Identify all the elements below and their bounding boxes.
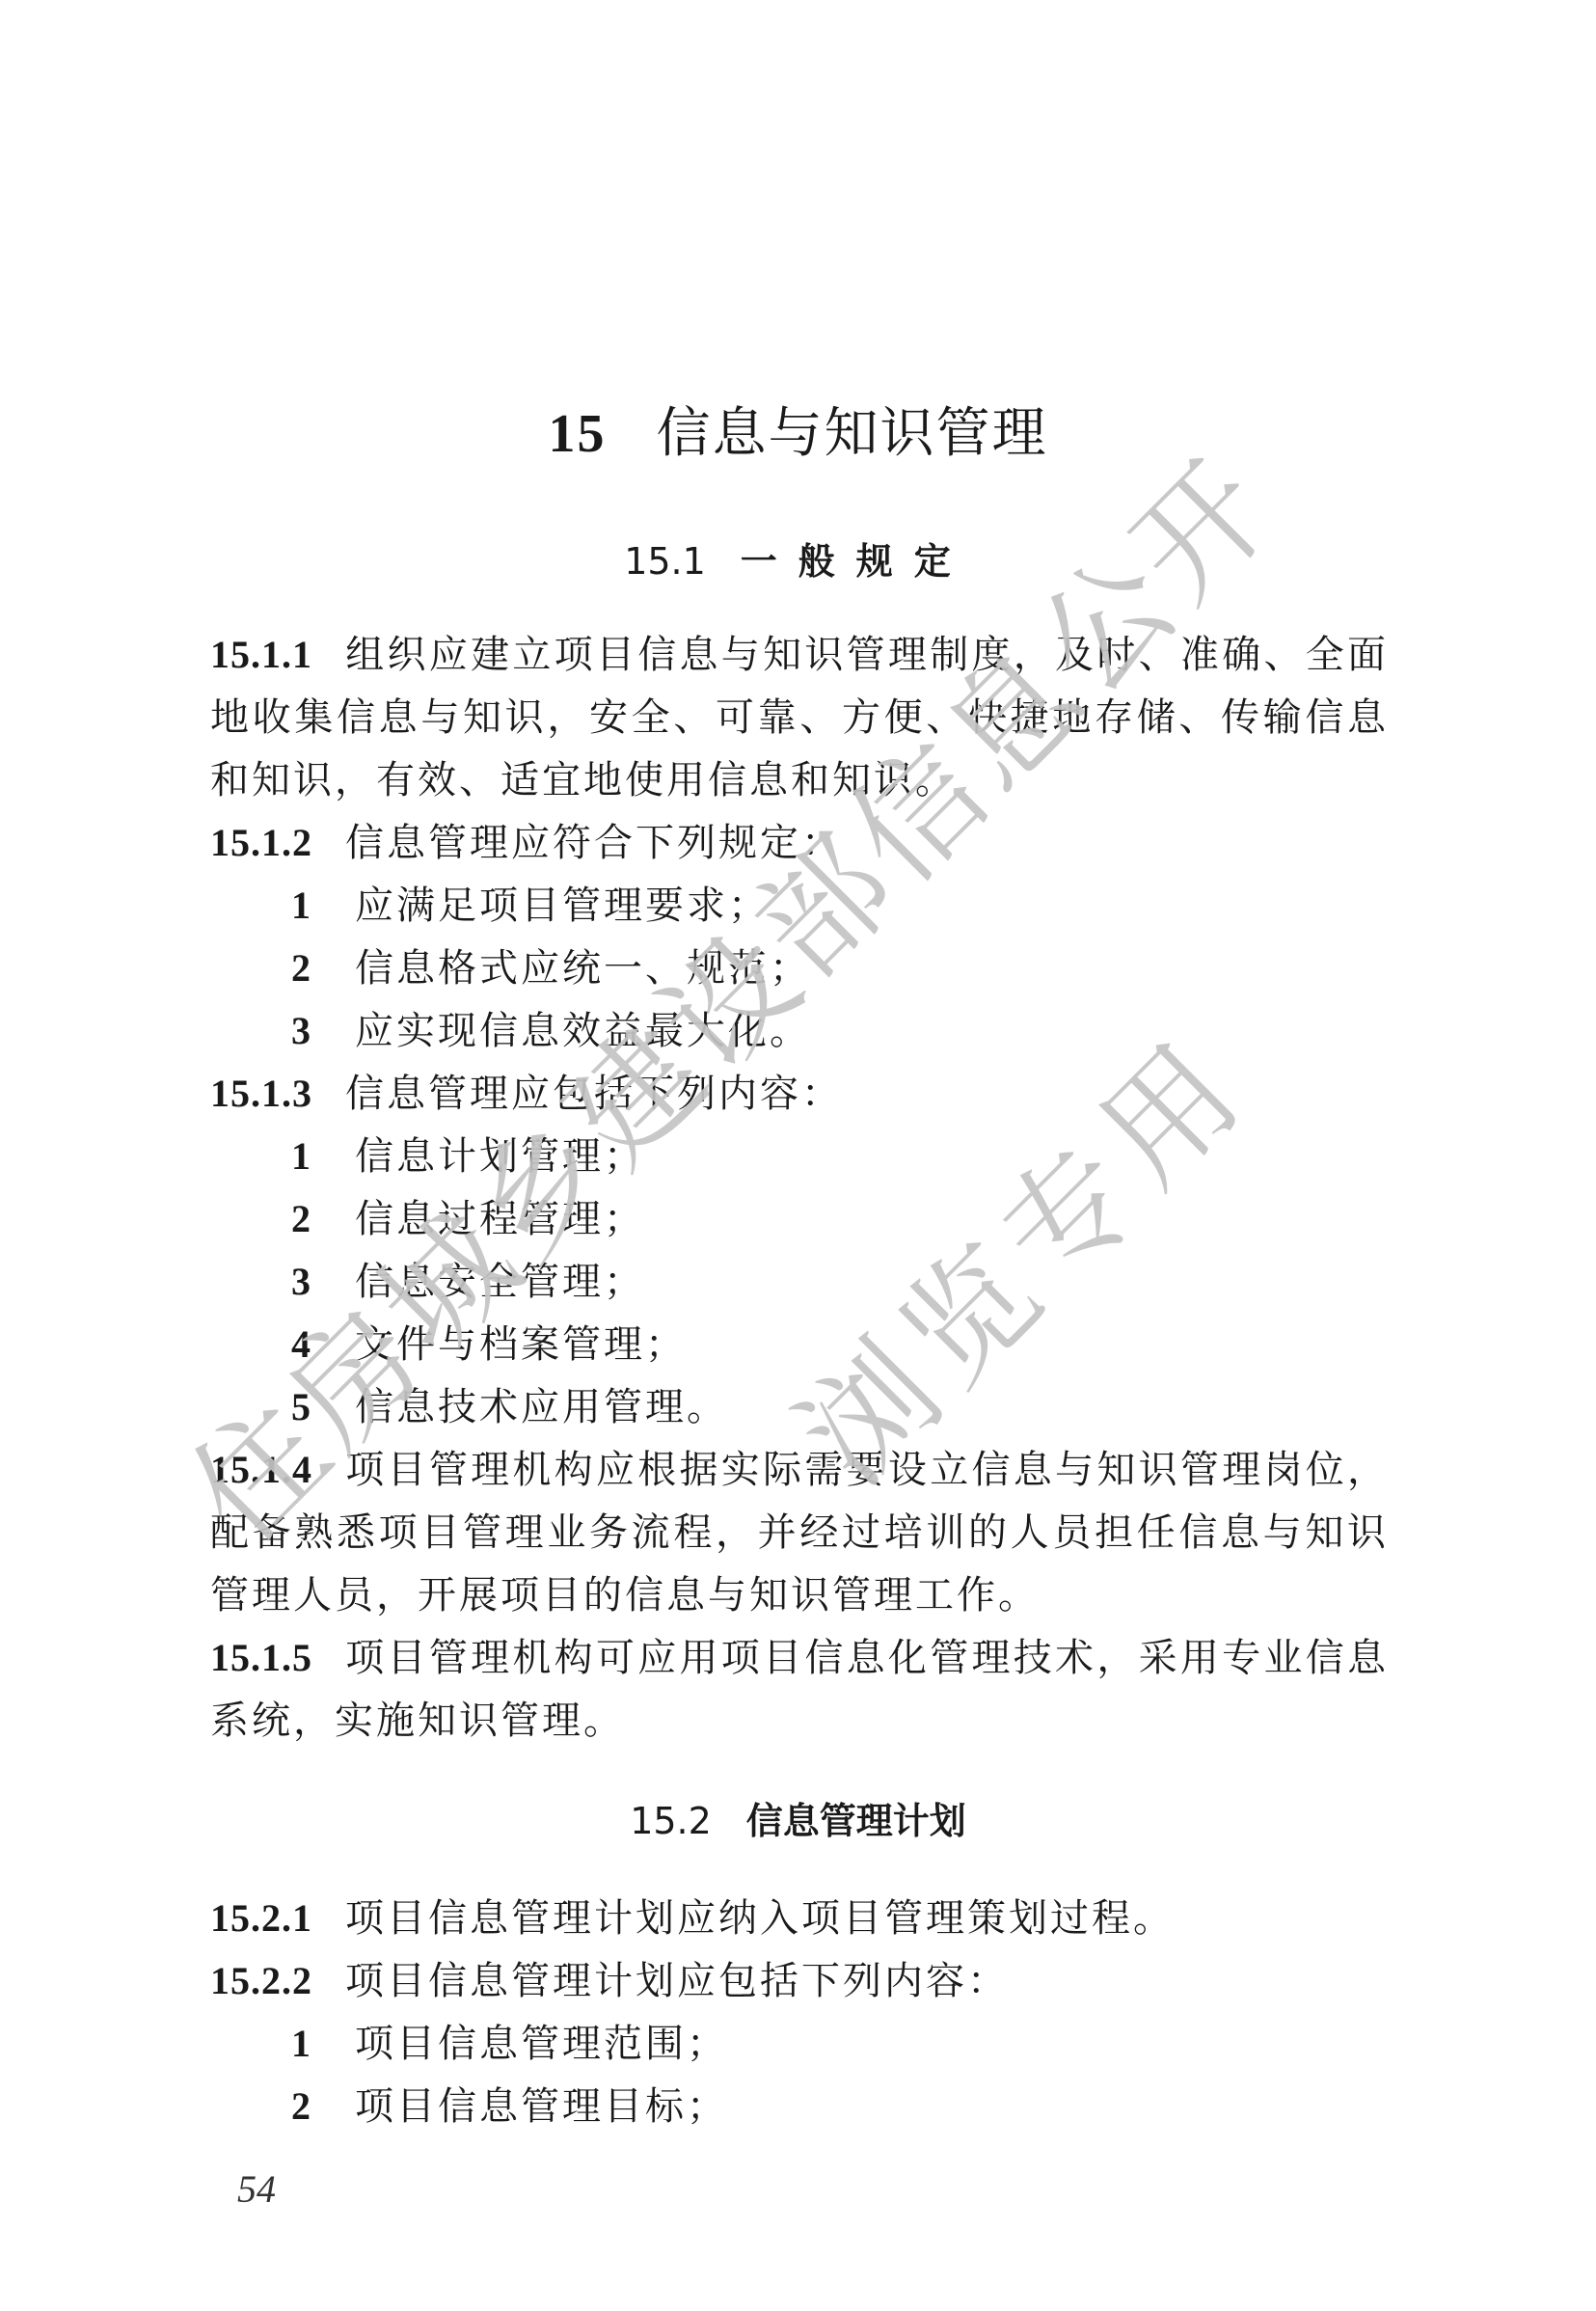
item-text: 信息技术应用管理。 <box>355 1385 728 1429</box>
item-number: 2 <box>291 1187 355 1250</box>
clause-number: 15.1.5 <box>210 1636 312 1679</box>
item-text: 项目信息管理范围； <box>355 2022 728 2066</box>
item-number: 3 <box>291 1250 355 1313</box>
clause-text: 项目管理机构应根据实际需要设立信息与知识管理岗位，配备熟悉项目管理业务流程，并经… <box>210 1448 1389 1618</box>
section-title-text: 一般规定 <box>741 540 972 583</box>
clause-number: 15.2.2 <box>210 1959 312 2002</box>
item-number: 2 <box>291 937 355 999</box>
section-title-15-1: 15.1一般规定 <box>0 532 1596 590</box>
item-number: 1 <box>291 874 355 937</box>
section-number: 15.2 <box>630 1800 712 1842</box>
section-title-text: 信息管理计划 <box>746 1800 966 1842</box>
clause-text: 项目信息管理计划应包括下列内容： <box>345 1959 1009 2003</box>
item-number: 5 <box>291 1375 355 1438</box>
list-item: 1应满足项目管理要求； <box>291 874 770 938</box>
section-title-15-2: 15.2信息管理计划 <box>0 1792 1596 1850</box>
clause-number: 15.1.3 <box>210 1072 312 1115</box>
item-number: 2 <box>291 2075 355 2137</box>
item-number: 3 <box>291 999 355 1062</box>
list-item: 2项目信息管理目标； <box>291 2075 728 2138</box>
list-item: 2信息过程管理； <box>291 1187 645 1251</box>
chapter-number: 15 <box>549 404 607 464</box>
list-item: 4文件与档案管理； <box>291 1313 687 1376</box>
clause-number: 15.1.1 <box>210 633 312 676</box>
item-number: 1 <box>291 1125 355 1187</box>
item-number: 4 <box>291 1313 355 1375</box>
page-number: 54 <box>237 2166 276 2212</box>
document-page: 15信息与知识管理 15.1一般规定 15.1.1组织应建立项目信息与知识管理制… <box>0 0 1596 2311</box>
item-text: 信息计划管理； <box>355 1134 645 1179</box>
clause-number: 15.1.2 <box>210 821 312 864</box>
clause-text: 信息管理应包括下列内容： <box>345 1072 843 1116</box>
list-item: 3应实现信息效益最大化。 <box>291 999 811 1063</box>
item-text: 应实现信息效益最大化。 <box>355 1009 811 1053</box>
clause-text: 项目管理机构可应用项目信息化管理技术，采用专业信息系统，实施知识管理。 <box>210 1636 1389 1743</box>
clause-text: 信息管理应符合下列规定： <box>345 821 843 865</box>
clause-number: 15.2.1 <box>210 1896 312 1940</box>
item-text: 项目信息管理目标； <box>355 2084 728 2129</box>
item-text: 文件与档案管理； <box>355 1322 687 1367</box>
item-text: 信息格式应统一、规范； <box>355 946 811 991</box>
clause-15-1-1: 15.1.1组织应建立项目信息与知识管理制度，及时、准确、全面地收集信息与知识，… <box>210 623 1389 812</box>
section-number: 15.1 <box>624 540 706 583</box>
clause-15-1-4: 15.1.4项目管理机构应根据实际需要设立信息与知识管理岗位，配备熟悉项目管理业… <box>210 1438 1389 1627</box>
clause-15-1-3: 15.1.3信息管理应包括下列内容： <box>210 1062 1389 1126</box>
clause-15-2-1: 15.2.1项目信息管理计划应纳入项目管理策划过程。 <box>210 1887 1389 1950</box>
chapter-title: 15信息与知识管理 <box>0 395 1596 473</box>
list-item: 1项目信息管理范围； <box>291 2012 728 2076</box>
clause-text: 项目信息管理计划应纳入项目管理策划过程。 <box>345 1896 1175 1941</box>
list-item: 3信息安全管理； <box>291 1250 645 1314</box>
item-number: 1 <box>291 2012 355 2075</box>
clause-number: 15.1.4 <box>210 1448 312 1491</box>
item-text: 信息安全管理； <box>355 1260 645 1304</box>
list-item: 2信息格式应统一、规范； <box>291 937 811 1000</box>
clause-15-1-2: 15.1.2信息管理应符合下列规定： <box>210 811 1389 875</box>
clause-text: 组织应建立项目信息与知识管理制度，及时、准确、全面地收集信息与知识，安全、可靠、… <box>210 633 1389 802</box>
item-text: 信息过程管理； <box>355 1197 645 1241</box>
list-item: 5信息技术应用管理。 <box>291 1375 728 1439</box>
clause-15-1-5: 15.1.5项目管理机构可应用项目信息化管理技术，采用专业信息系统，实施知识管理… <box>210 1626 1389 1753</box>
clause-15-2-2: 15.2.2项目信息管理计划应包括下列内容： <box>210 1949 1389 2013</box>
list-item: 1信息计划管理； <box>291 1125 645 1188</box>
item-text: 应满足项目管理要求； <box>355 884 770 928</box>
chapter-title-text: 信息与知识管理 <box>657 402 1048 465</box>
